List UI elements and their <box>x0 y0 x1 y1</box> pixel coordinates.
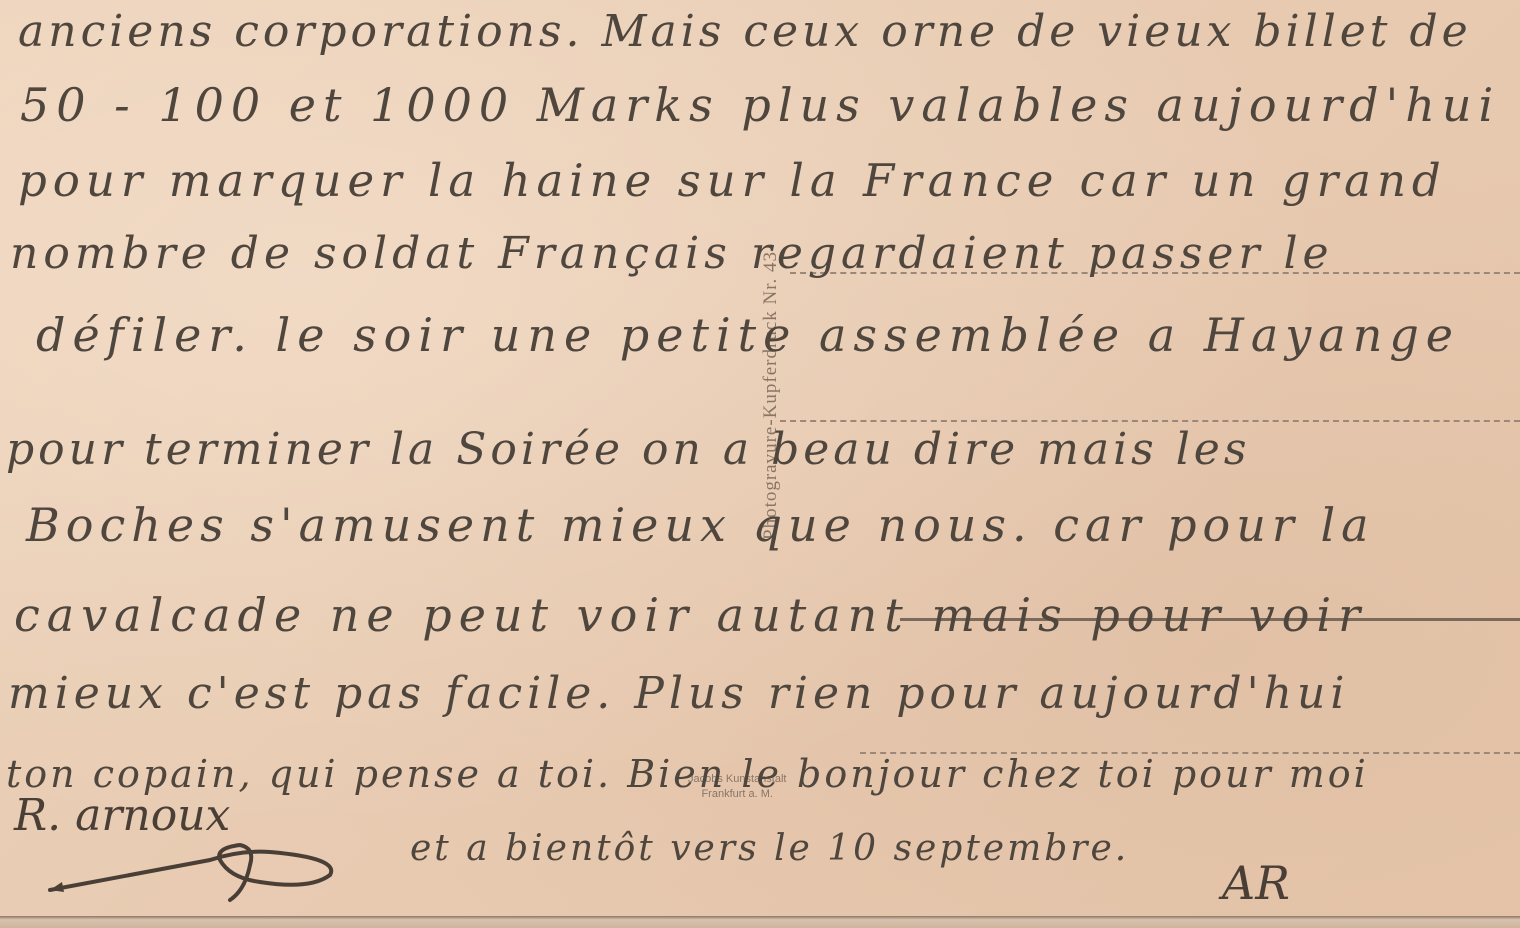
handwriting-line-8: cavalcade ne peut voir autant mais pour … <box>14 588 1367 642</box>
signature-flourish-icon <box>40 830 360 910</box>
handwriting-line-7: Boches s'amusent mieux que nous. car pou… <box>26 498 1375 552</box>
postcard-back: Photogravure-Kupferdruck Nr. 43 Jacobs K… <box>0 0 1520 928</box>
handwriting-line-2: 50 - 100 et 1000 Marks plus valables auj… <box>20 78 1500 132</box>
handwriting-line-11: et a bientôt vers le 10 septembre. <box>410 828 1129 869</box>
handwriting-line-3: pour marquer la haine sur la France car … <box>18 154 1447 207</box>
handwriting-line-9: mieux c'est pas facile. Plus rien pour a… <box>8 668 1349 719</box>
postcard-bottom-edge <box>0 916 1520 928</box>
handwriting-line-6: pour terminer la Soirée on a beau dire m… <box>6 424 1250 475</box>
handwriting-line-5: défiler. le soir une petite assemblée a … <box>36 308 1460 362</box>
handwriting-line-1: anciens corporations. Mais ceux orne de … <box>18 6 1472 57</box>
monogram: AR <box>1222 856 1290 910</box>
address-line-2 <box>780 420 1520 422</box>
printer-imprint: Photogravure-Kupferdruck Nr. 43 <box>760 251 782 540</box>
handwriting-line-4: nombre de soldat Français regardaient pa… <box>10 228 1334 279</box>
